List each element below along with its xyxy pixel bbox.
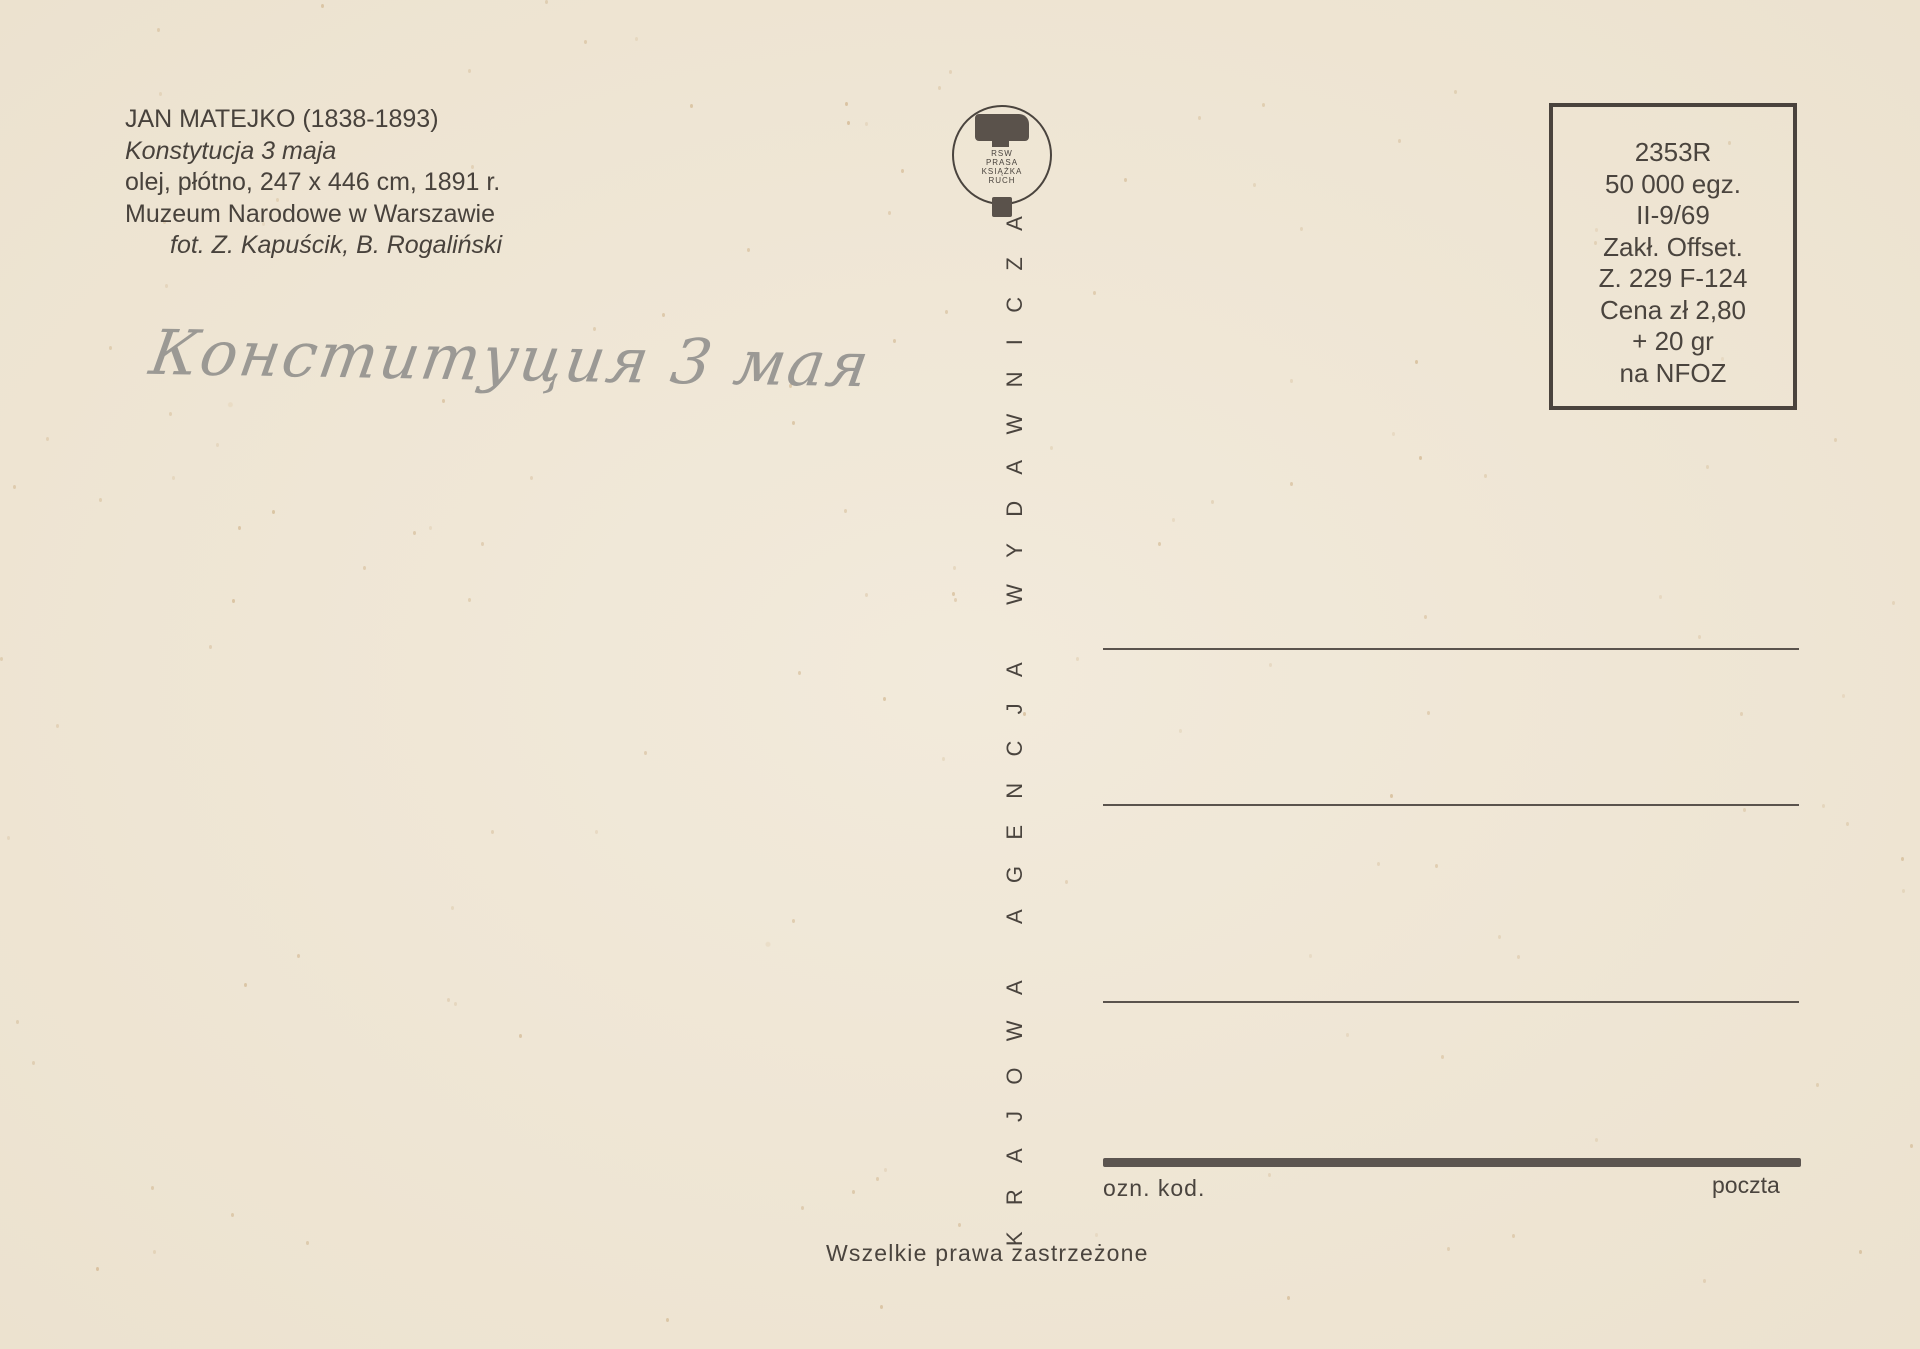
logo-text: RSW PRASA KSIĄŻKA RUCH [952, 149, 1052, 185]
post-office-label: poczta [1712, 1172, 1780, 1199]
copyright-notice: Wszelkie prawa zastrzeżone [826, 1240, 1149, 1267]
logo-line: PRASA [952, 158, 1052, 167]
logo-line: KSIĄŻKA [952, 167, 1052, 176]
stamp-box: 2353R 50 000 egz. II-9/69 Zakł. Offset. … [1549, 103, 1797, 410]
artwork-medium: olej, płótno, 247 x 446 cm, 1891 r. [125, 167, 502, 199]
logo-line: RSW [952, 149, 1052, 158]
stamp-info: 2353R 50 000 egz. II-9/69 Zakł. Offset. … [1553, 137, 1793, 389]
publisher-vertical-text: KRAJOWA AGENCJA WYDAWNICZA [1002, 190, 1028, 1246]
postal-code-label: ozn. kod. [1103, 1175, 1205, 1202]
surcharge-fund: na NFOZ [1553, 358, 1793, 390]
print-date: II-9/69 [1553, 200, 1793, 232]
address-line-1[interactable] [1103, 648, 1799, 650]
address-line-2[interactable] [1103, 804, 1799, 806]
order-code: Z. 229 F-124 [1553, 263, 1793, 295]
photo-credit: fot. Z. Kapuścik, B. Rogaliński [125, 230, 502, 262]
address-line-3[interactable] [1103, 1001, 1799, 1003]
print-run: 50 000 egz. [1553, 169, 1793, 201]
artwork-title: Konstytucja 3 maja [125, 136, 502, 168]
price: Cena zł 2,80 [1553, 295, 1793, 327]
artwork-caption: JAN MATEJKO (1838-1893) Konstytucja 3 ma… [125, 104, 502, 262]
address-line-postal[interactable] [1103, 1158, 1801, 1167]
print-number: 2353R [1553, 137, 1793, 169]
surcharge: + 20 gr [1553, 326, 1793, 358]
printing-house: Zakł. Offset. [1553, 232, 1793, 264]
pencil-handwriting: Конституция 3 мая [145, 316, 876, 402]
logo-line: RUCH [952, 176, 1052, 185]
logo-handle-icon [992, 135, 1009, 147]
museum-name: Muzeum Narodowe w Warszawie [125, 199, 502, 231]
artist-name: JAN MATEJKO (1838-1893) [125, 104, 502, 136]
